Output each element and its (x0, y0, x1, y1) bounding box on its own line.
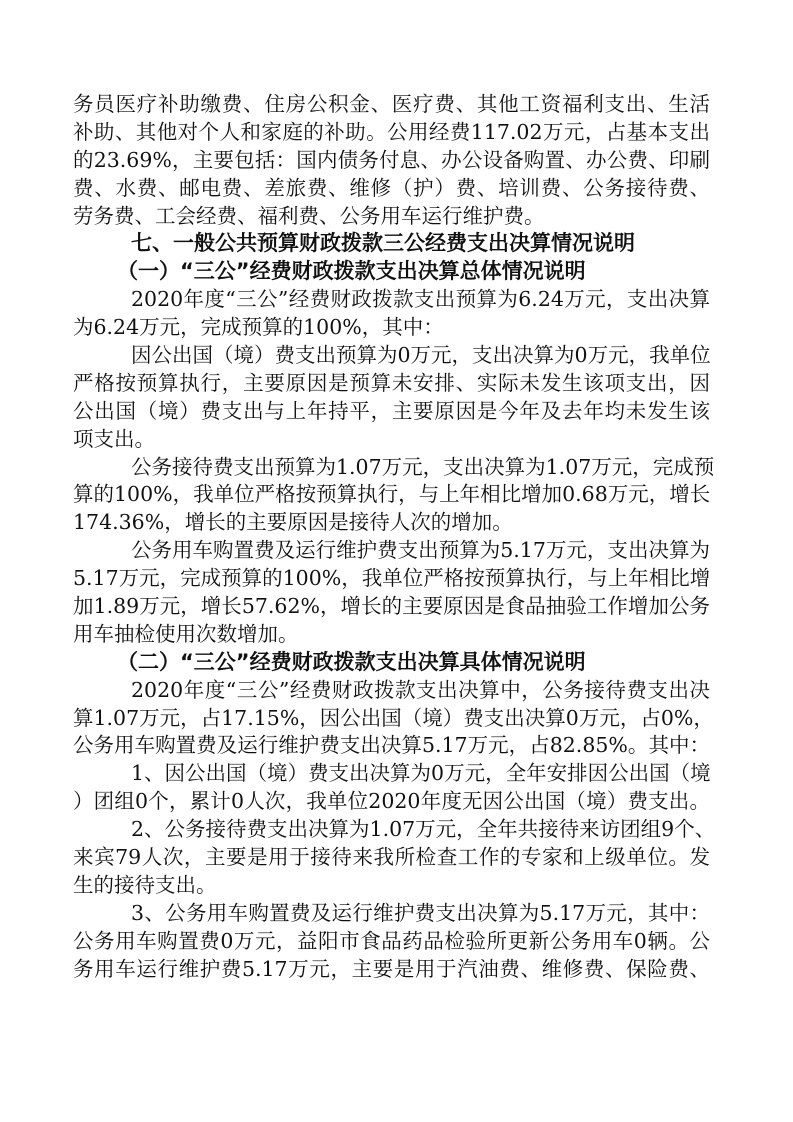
paragraph-line: 算的100%，我单位严格按预算执行，与上年相比增加0.68万元，增长 (73, 481, 710, 509)
paragraph-line: 5.17万元，完成预算的100%，我单位严格按预算执行，与上年相比增 (73, 565, 710, 593)
section-heading: 七、一般公共预算财政拨款三公经费支出决算情况说明 (73, 230, 710, 258)
document-page: 务员医疗补助缴费、住房公积金、医疗费、其他工资福利支出、生活补助、其他对个人和家… (0, 0, 793, 1122)
paragraph-line: 加1.89万元，增长57.62%，增长的主要原因是食品抽验工作增加公务 (73, 593, 710, 621)
paragraph-line: 严格按预算执行，主要原因是预算未安排、实际未发生该项支出，因 (73, 370, 710, 398)
subsection-heading: （一）“三公”经费财政拨款支出决算总体情况说明 (73, 258, 710, 286)
paragraph-line: 项支出。 (73, 426, 710, 454)
paragraph-line: 为6.24万元，完成预算的100%，其中： (73, 314, 710, 342)
paragraph-first-line: 3、公务用车购置费及运行维护费支出决算为5.17万元，其中： (73, 900, 710, 928)
paragraph-line: 生的接待支出。 (73, 872, 710, 900)
paragraph-line: 公出国（境）费支出与上年持平，主要原因是今年及去年均未发生该 (73, 398, 710, 426)
paragraph-first-line: 因公出国（境）费支出预算为0万元，支出决算为0万元，我单位 (73, 342, 710, 370)
document-body: 务员医疗补助缴费、住房公积金、医疗费、其他工资福利支出、生活补助、其他对个人和家… (73, 91, 710, 984)
paragraph-line: 用车抽检使用次数增加。 (73, 621, 710, 649)
paragraph-line: 公务用车购置费及运行维护费支出决算5.17万元，占82.85%。其中： (73, 732, 710, 760)
paragraph-line: 费、水费、邮电费、差旅费、维修（护）费、培训费、公务接待费、 (73, 175, 710, 203)
paragraph-first-line: 2020年度“三公”经费财政拨款支出预算为6.24万元，支出决算 (73, 286, 710, 314)
paragraph-line: ）团组0个，累计0人次，我单位2020年度无因公出国（境）费支出。 (73, 788, 710, 816)
paragraph-first-line: 2、公务接待费支出决算为1.07万元，全年共接待来访团组9个、 (73, 816, 710, 844)
subsection-heading: （二）“三公”经费财政拨款支出决算具体情况说明 (73, 649, 710, 677)
paragraph-first-line: 公务接待费支出预算为1.07万元，支出决算为1.07万元，完成预 (73, 454, 710, 482)
paragraph-first-line: 公务用车购置费及运行维护费支出预算为5.17万元，支出决算为 (73, 537, 710, 565)
paragraph-line: 劳务费、工会经费、福利费、公务用车运行维护费。 (73, 203, 710, 231)
paragraph-line: 的23.69%，主要包括：国内债务付息、办公设备购置、办公费、印刷 (73, 147, 710, 175)
paragraph-first-line: 2020年度“三公”经费财政拨款支出决算中，公务接待费支出决 (73, 677, 710, 705)
paragraph-line: 算1.07万元，占17.15%，因公出国（境）费支出决算0万元，占0%， (73, 705, 710, 733)
paragraph-line: 来宾79人次，主要是用于接待来我所检查工作的专家和上级单位。发 (73, 844, 710, 872)
paragraph-line: 补助、其他对个人和家庭的补助。公用经费117.02万元，占基本支出 (73, 119, 710, 147)
paragraph-line: 务用车运行维护费5.17万元，主要是用于汽油费、维修费、保险费、 (73, 956, 710, 984)
paragraph-first-line: 1、因公出国（境）费支出决算为0万元，全年安排因公出国（境 (73, 760, 710, 788)
paragraph-line: 174.36%，增长的主要原因是接待人次的增加。 (73, 509, 710, 537)
paragraph-line: 公务用车购置费0万元，益阳市食品药品检验所更新公务用车0辆。公 (73, 928, 710, 956)
paragraph-line: 务员医疗补助缴费、住房公积金、医疗费、其他工资福利支出、生活 (73, 91, 710, 119)
